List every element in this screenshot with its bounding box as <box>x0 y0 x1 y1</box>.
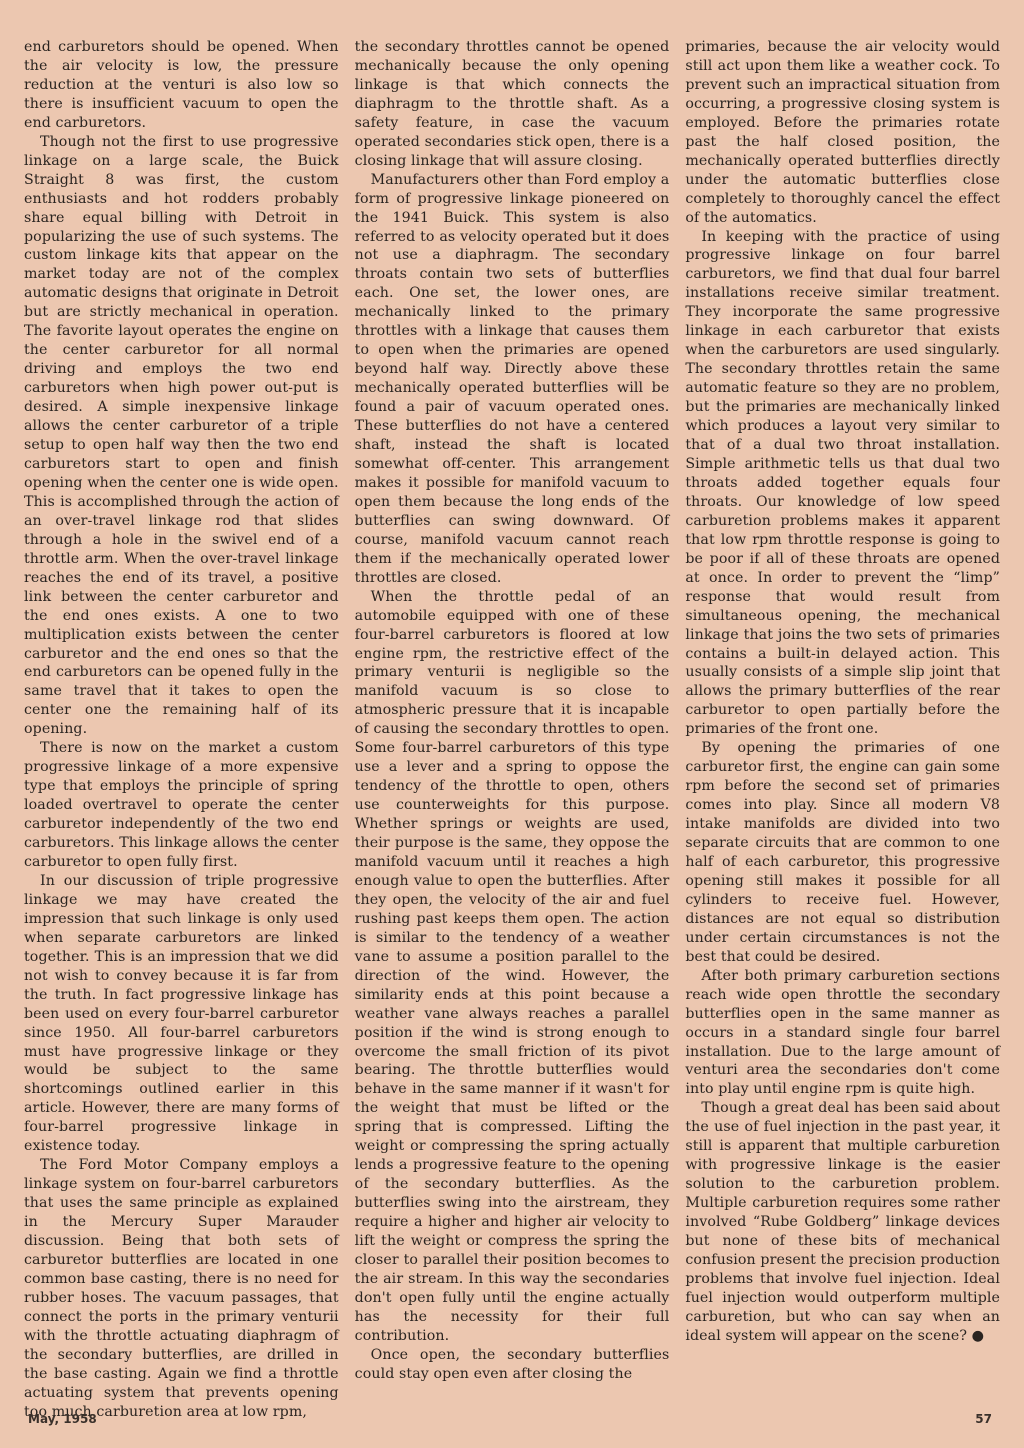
paragraph: Once open, the secondary butterflies cou… <box>355 1346 670 1384</box>
paragraph: primaries, because the air velocity woul… <box>685 38 1000 228</box>
page-number: 57 <box>975 1412 992 1426</box>
paragraph: The Ford Motor Company employs a linkage… <box>24 1156 339 1421</box>
column-1: end carburetors should be opened. When t… <box>24 38 339 1388</box>
paragraph: There is now on the market a custom prog… <box>24 739 339 872</box>
issue-date: May, 1958 <box>28 1412 97 1426</box>
paragraph: After both primary carburetion sections … <box>685 967 1000 1100</box>
paragraph: Manufacturers other than Ford employ a f… <box>355 171 670 588</box>
paragraph: Though not the first to use progressive … <box>24 133 339 740</box>
paragraph: In our discussion of triple progressive … <box>24 872 339 1156</box>
paragraph: When the throttle pedal of an automobile… <box>355 588 670 1346</box>
paragraph: Though a great deal has been said about … <box>685 1099 1000 1345</box>
paragraph: In keeping with the practice of using pr… <box>685 228 1000 740</box>
article-body: end carburetors should be opened. When t… <box>24 38 1000 1388</box>
column-3: primaries, because the air velocity woul… <box>685 38 1000 1388</box>
paragraph: By opening the primaries of one carburet… <box>685 739 1000 966</box>
column-2: the secondary throttles cannot be opened… <box>355 38 670 1388</box>
paragraph: the secondary throttles cannot be opened… <box>355 38 670 171</box>
paragraph: end carburetors should be opened. When t… <box>24 38 339 133</box>
